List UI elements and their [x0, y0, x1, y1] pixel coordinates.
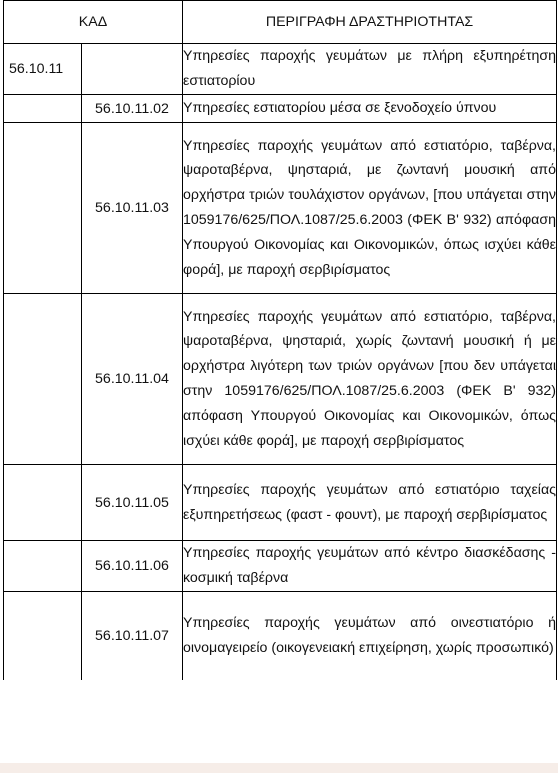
- description-cell: Υπηρεσίες παροχής γευμάτων από εστιατόρι…: [183, 123, 557, 294]
- header-kad: ΚΑΔ: [4, 1, 183, 44]
- main-code-cell: [4, 123, 82, 294]
- main-code-cell: [4, 95, 82, 123]
- table-row: 56.10.11.07 Υπηρεσίες παροχής γευμάτων α…: [4, 591, 557, 680]
- sub-code-cell: 56.10.11.07: [82, 591, 183, 680]
- description-cell: Υπηρεσίες παροχής γευμάτων από οινεστιατ…: [183, 591, 557, 680]
- sub-code-cell: 56.10.11.05: [82, 465, 183, 541]
- table-row: 56.10.11.02 Υπηρεσίες εστιατορίου μέσα σ…: [4, 95, 557, 123]
- table-header-row: ΚΑΔ ΠΕΡΙΓΡΑΦΗ ΔΡΑΣΤΗΡΙΟΤΗΤΑΣ: [4, 1, 557, 44]
- sub-code-cell: 56.10.11.03: [82, 123, 183, 294]
- table-row: 56.10.11 Υπηρεσίες παροχής γευμάτων με π…: [4, 44, 557, 95]
- page-bottom-margin: [0, 763, 558, 773]
- table-row: 56.10.11.06 Υπηρεσίες παροχής γευμάτων α…: [4, 541, 557, 592]
- main-code-cell: [4, 294, 82, 465]
- kad-activity-table: ΚΑΔ ΠΕΡΙΓΡΑΦΗ ΔΡΑΣΤΗΡΙΟΤΗΤΑΣ 56.10.11 Υπ…: [3, 0, 557, 680]
- table-row: 56.10.11.03 Υπηρεσίες παροχής γευμάτων α…: [4, 123, 557, 294]
- description-cell: Υπηρεσίες παροχής γευμάτων με πλήρη εξυπ…: [183, 44, 557, 95]
- sub-code-cell: 56.10.11.04: [82, 294, 183, 465]
- main-code-cell: 56.10.11: [4, 44, 82, 95]
- sub-code-cell: [82, 44, 183, 95]
- main-code-cell: [4, 541, 82, 592]
- description-cell: Υπηρεσίες παροχής γευμάτων από εστιατόρι…: [183, 465, 557, 541]
- main-code-cell: [4, 465, 82, 541]
- sub-code-cell: 56.10.11.06: [82, 541, 183, 592]
- document-page: ΚΑΔ ΠΕΡΙΓΡΑΦΗ ΔΡΑΣΤΗΡΙΟΤΗΤΑΣ 56.10.11 Υπ…: [0, 0, 558, 763]
- table-row: 56.10.11.05 Υπηρεσίες παροχής γευμάτων α…: [4, 465, 557, 541]
- header-description: ΠΕΡΙΓΡΑΦΗ ΔΡΑΣΤΗΡΙΟΤΗΤΑΣ: [183, 1, 557, 44]
- description-cell: Υπηρεσίες παροχής γευμάτων από κέντρο δι…: [183, 541, 557, 592]
- main-code-cell: [4, 591, 82, 680]
- description-cell: Υπηρεσίες παροχής γευμάτων από εστιατόρι…: [183, 294, 557, 465]
- description-cell: Υπηρεσίες εστιατορίου μέσα σε ξενοδοχείο…: [183, 95, 557, 123]
- sub-code-cell: 56.10.11.02: [82, 95, 183, 123]
- table-row: 56.10.11.04 Υπηρεσίες παροχής γευμάτων α…: [4, 294, 557, 465]
